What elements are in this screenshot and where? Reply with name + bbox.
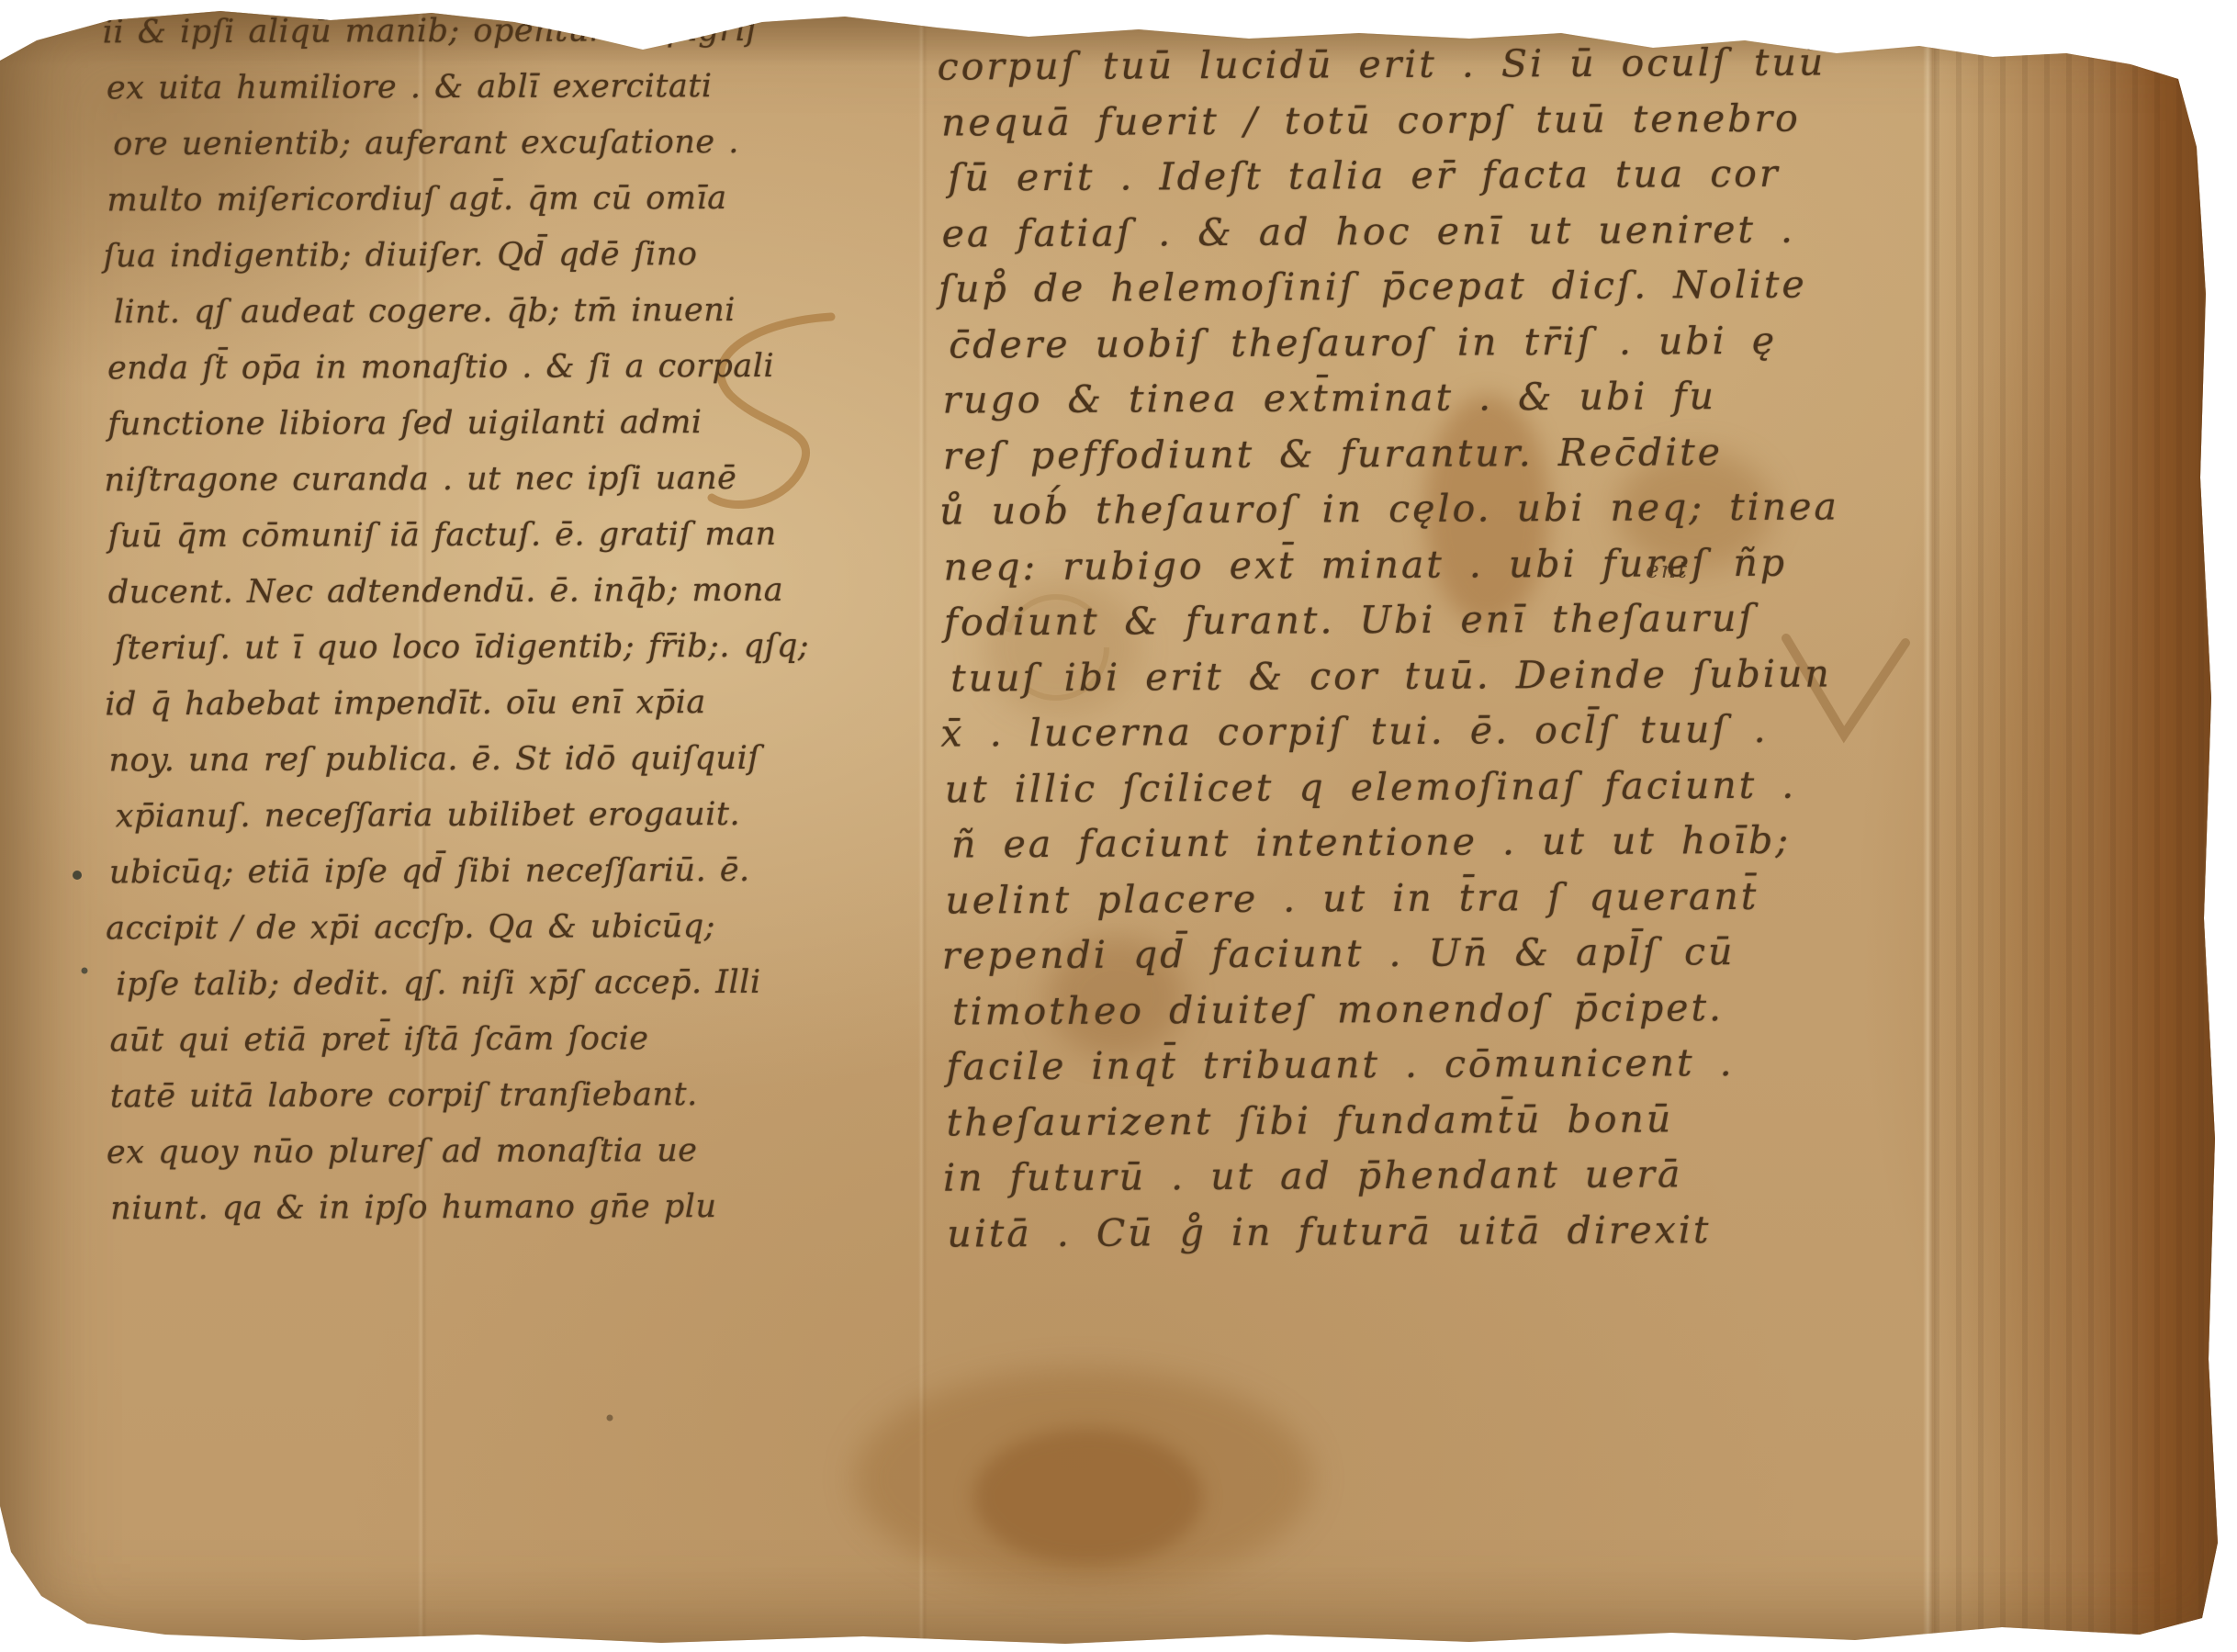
manuscript-text-line: nequā fuerit / totū corpſ tuū tenebro: [941, 90, 1838, 151]
manuscript-text-line: id q̄ habebat impendīt. oīu enī xp̄ia: [105, 675, 809, 734]
manuscript-text-line: tatē uitā labore corpiſ tranſiebant.: [110, 1067, 811, 1126]
manuscript-text-line: niunt. qa & in ipſo humano gn̄e plu: [110, 1179, 811, 1238]
manuscript-text-line: x̄ . lucerna corpiſ tui. ē. ocl̄ſ tuuſ .: [940, 701, 1840, 761]
manuscript-text-line: ex uita humiliore . & ablī exercitati: [107, 59, 807, 118]
parchment-leaf: ii & ipſi aliqū manib; opentur ut pigriſ…: [0, 0, 2237, 1652]
ink-speck: [607, 1415, 613, 1422]
manuscript-text-line: uelint placere . ut in t̄ra ſ querant̄: [945, 868, 1841, 928]
manuscript-text-line: ea fatiaſ . & ad hoc enī ut ueniret .: [941, 201, 1838, 262]
manuscript-text-line: functione libiora ſed uigilanti admi: [107, 395, 808, 454]
manuscript-text-line: neq: rubigo ext̄ minat . ubi fureſ ñp: [943, 534, 1839, 595]
manuscript-text-line: corpuſ tuū lucidū erit . Si ū oculſ tuū: [938, 34, 1838, 95]
manuscript-text-line: niſtragone curanda . ut nec ipſi uanē: [104, 451, 808, 510]
column-divider-crease: [918, 0, 927, 1652]
manuscript-text-line: enda ſt̄ op̄a in monaſtio . & ſi a corpa…: [107, 339, 808, 398]
manuscript-text-line: in futurū . ut ad p̄hendant uerā: [943, 1145, 1843, 1206]
fold-crease-highlight: [1923, 0, 1938, 1652]
manuscript-text-line: ñ ea faciunt intentione . ut ut hoīb;: [951, 812, 1841, 872]
manuscript-text-line: ſuū q̄m cōmuniſ iā factuſ. ē. gratiſ man: [108, 507, 809, 566]
manuscript-text-line: xp̄ianuſ. neceſſaria ubilibet erogauit.: [116, 787, 810, 846]
manuscript-text-line: c̄dere uobiſ theſauroſ in tr̄iſ . ubi ę: [949, 312, 1838, 373]
manuscript-text-line: rugo & tinea ext̄minat . & ubi fu: [942, 367, 1838, 428]
ink-speck: [73, 871, 82, 880]
manuscript-text-line: ſū erit . Ideſt talia er̄ facta tua cor: [948, 145, 1838, 206]
manuscript-text-line: reſ peffodiunt & furantur. Rec̄dite: [943, 423, 1839, 484]
manuscript-text-line: ſteriuſ. ut ī quo loco īdigentib; fr̄ib;…: [115, 619, 809, 678]
manuscript-text-line: facile inqt̄ tribuant . cōmunicent .: [946, 1034, 1842, 1095]
manuscript-text-line: fodiunt & furant. Ubi enī theſauruſ: [944, 590, 1840, 650]
manuscript-text-line: multo miſericordiuſ agt̄. q̄m cū omīa: [107, 171, 807, 230]
manuscript-text-line: ubicūq; etiā ipſe qd̄ ſibi neceſſariū. ē…: [109, 843, 810, 902]
binding-fold-edge: [1934, 0, 2237, 1652]
stain-bottom-core: [973, 1428, 1203, 1566]
manuscript-text-line: theſaurizent ſibi fundamt̄ū bonū: [947, 1090, 1843, 1151]
manuscript-text-line: ducent. Nec adtendendū. ē. inq̄b; mona: [108, 563, 809, 622]
manuscript-text-line: ore uenientib; auferant excuſatione .: [113, 115, 807, 174]
manuscript-text-line: accipit / de xp̄i accſp. Qa & ubicūq;: [106, 899, 810, 958]
manuscript-text-line: aūt qui etiā pret̄ iſtā ſcām ſocie: [109, 1011, 810, 1070]
manuscript-text-line: uitā . Cū g̊ in futurā uitā direxit: [947, 1201, 1843, 1262]
manuscript-text-line: ut illic ſcilicet q elemoſinaſ faciunt .: [945, 757, 1841, 817]
manuscript-text-line: noy. una reſ publica. ē. St idō quiſquiſ: [108, 731, 809, 790]
manuscript-text-line: timotheo diuiteſ monendoſ p̄cipet.: [952, 979, 1842, 1040]
manuscript-text-line: tuuſ ibi erit & cor tuū. Deinde ſubiun: [950, 646, 1840, 706]
ink-speck: [82, 968, 88, 974]
interlinear-correction: ent: [1646, 556, 1689, 583]
manuscript-text-line: ſua indigentib; diuiſer. Qd̄ qdē ſino: [104, 227, 808, 286]
manuscript-text-line: ex quoy nūo plureſ ad monaſtia ue: [107, 1123, 811, 1182]
manuscript-text-line: ſup̊ de helemoſiniſ p̄cepat dicſ. Nolite: [939, 256, 1838, 317]
manuscript-text-line: ii & ipſi aliqū manib; opentur ut pigriſ: [103, 3, 807, 62]
text-column-left: ii & ipſi aliqū manib; opentur ut pigriſ…: [107, 3, 812, 1238]
manuscript-text-line: lint. qſ audeat cogere. q̄b; tm̄ inueni: [114, 283, 808, 342]
manuscript-photo: ii & ipſi aliqū manib; opentur ut pigriſ…: [0, 0, 2237, 1652]
manuscript-text-line: ipſe talib; dedit. qſ. niſi xp̄ſ accep̄.…: [116, 955, 810, 1014]
manuscript-text-line: rependi qd̄ faciunt . Un̄ & apl̄ſ cū: [942, 923, 1842, 983]
text-column-right: corpuſ tuū lucidū erit . Si ū oculſ tuūn…: [941, 34, 1844, 1261]
manuscript-text-line: ů uob́ theſauroſ in cęlo. ubi neq; tinea: [939, 478, 1839, 539]
